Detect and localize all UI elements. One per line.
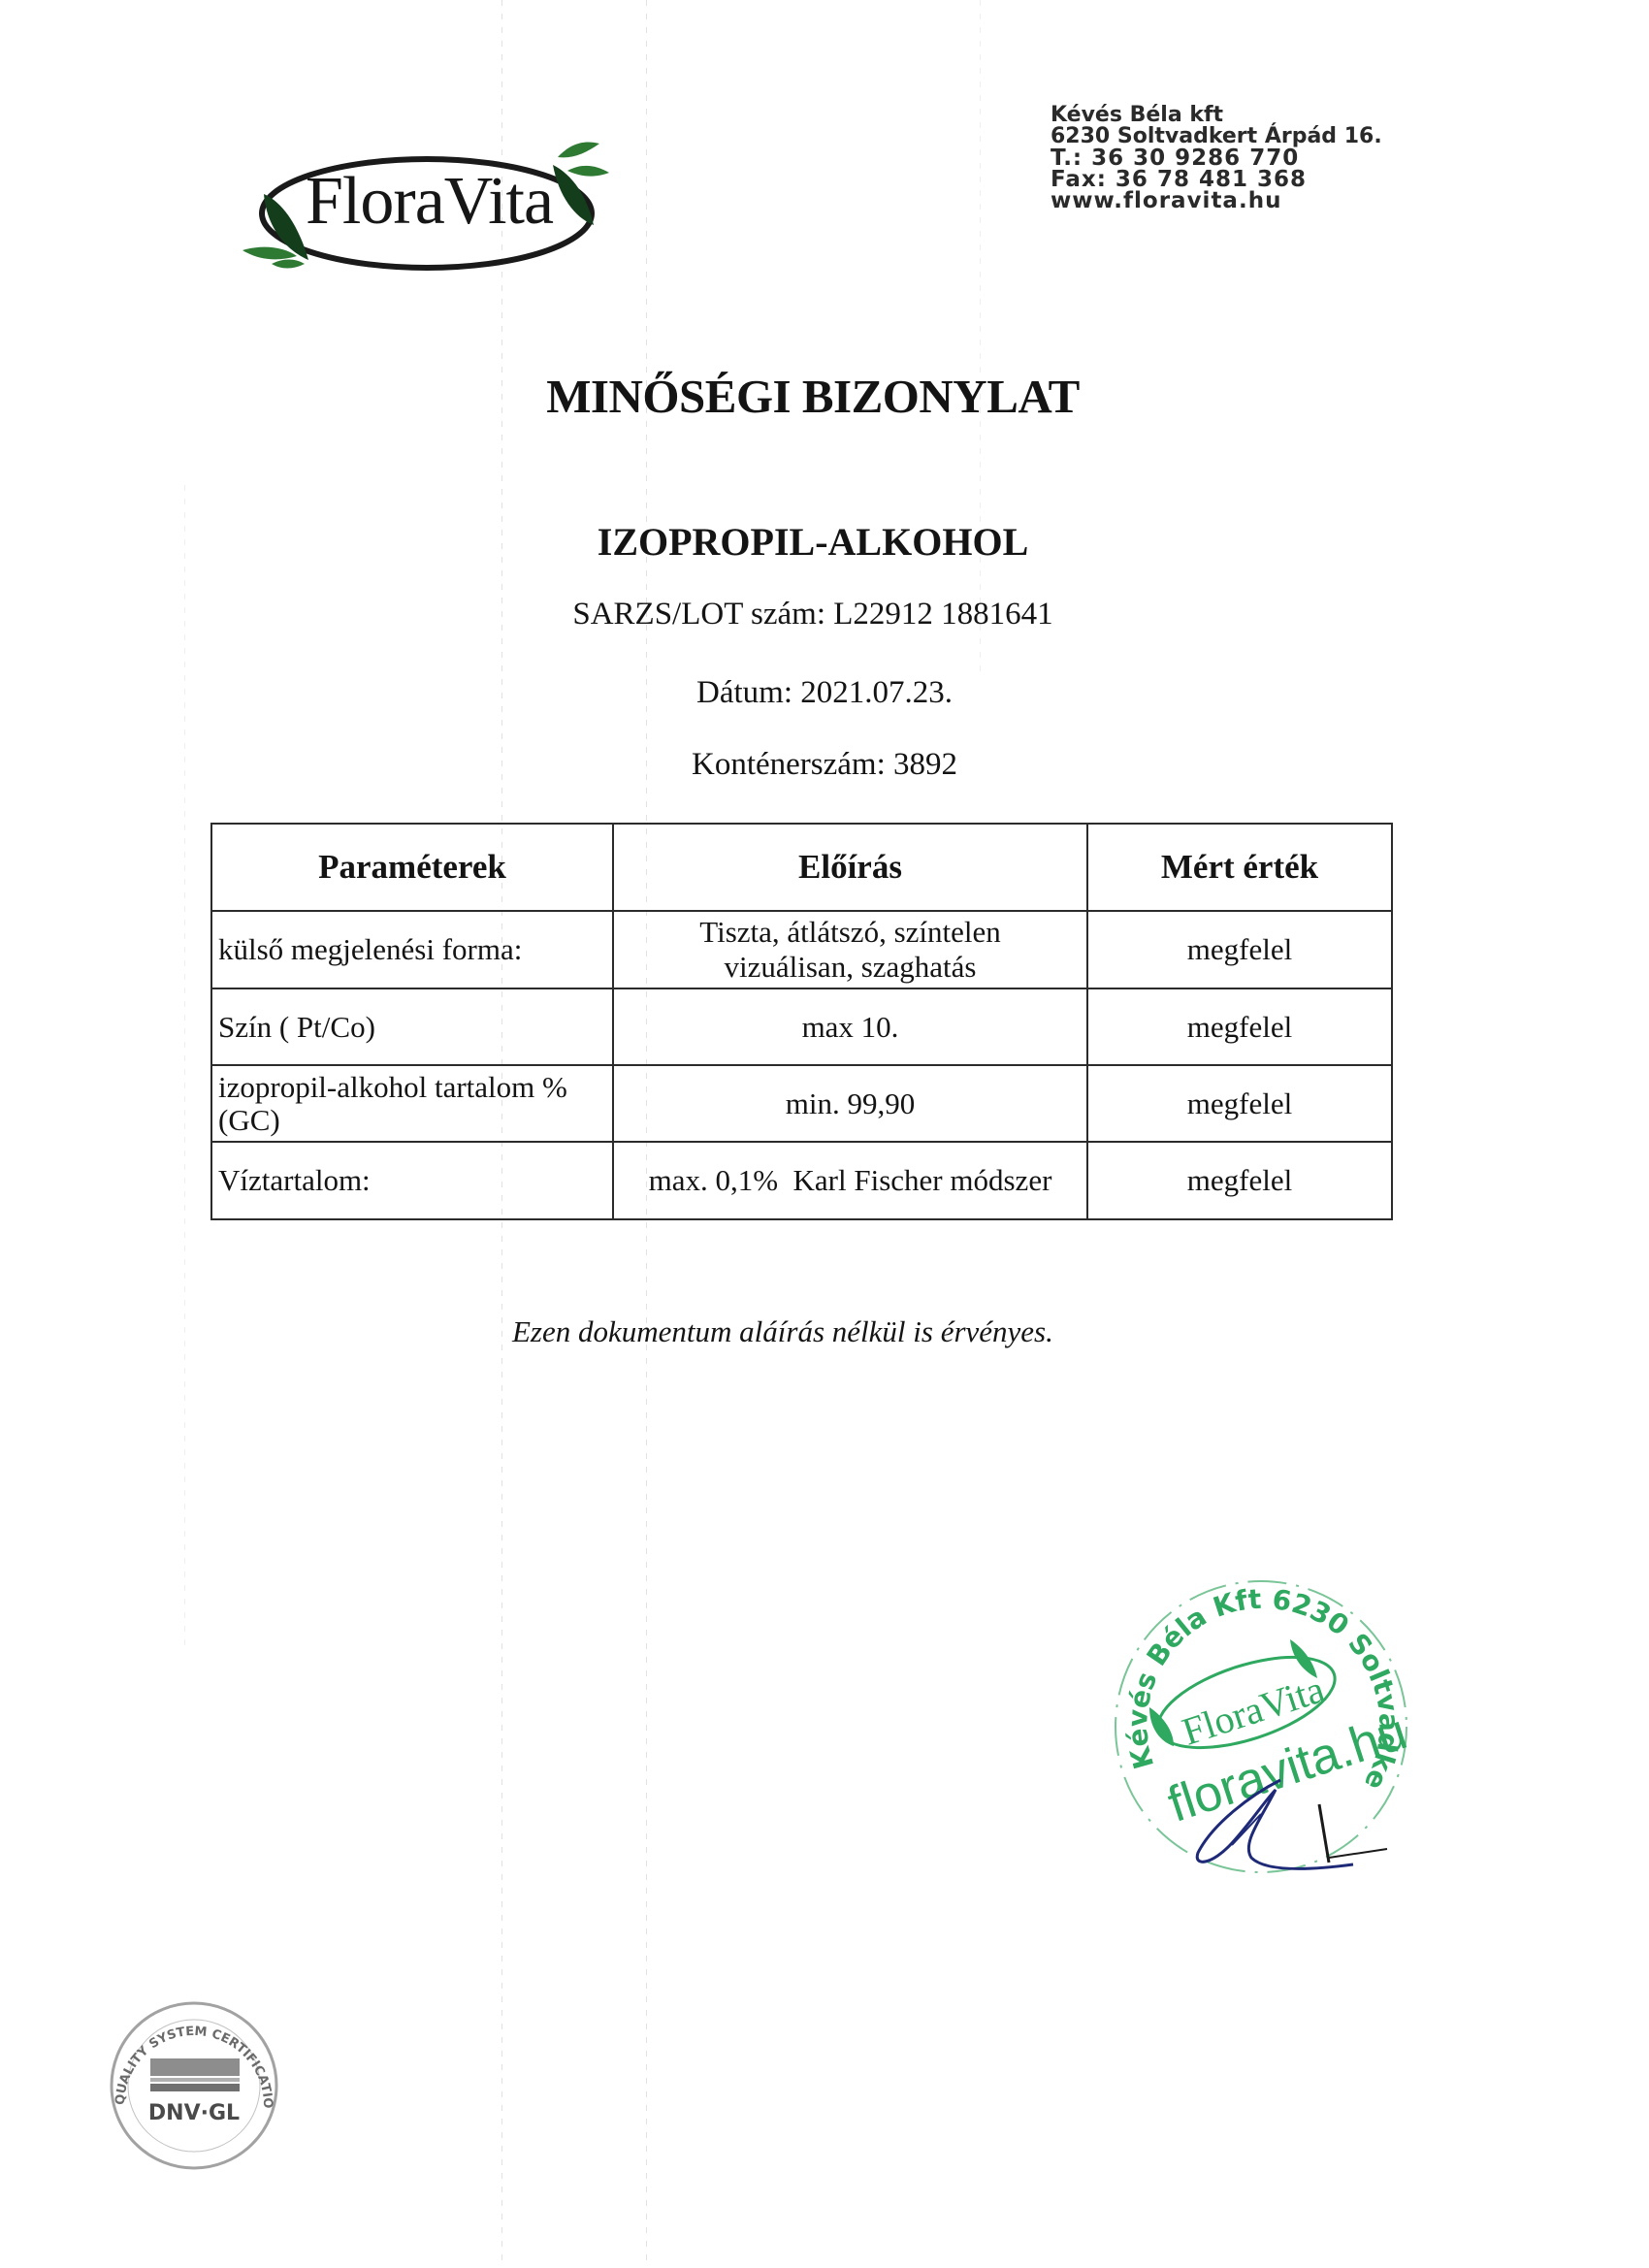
company-stamp: Kévés Béla Kft 6230 Soltvadkert, Árpád u… [1096,1562,1416,1892]
cell-specification: max. 0,1% Karl Fischer módszer [613,1142,1087,1219]
cell-specification: Tiszta, átlátszó, színtelen vizuálisan, … [613,911,1087,988]
cell-specification: max 10. [613,988,1087,1065]
table-header-row: Paraméterek Előírás Mért érték [211,824,1392,911]
parameter-line: izopropil-alkohol tartalom % [218,1071,606,1104]
cell-specification: min. 99,90 [613,1065,1087,1142]
cell-parameter: külső megjelenési forma: [211,911,613,988]
scan-streak [980,0,981,679]
certification-seal-icon: QUALITY SYSTEM CERTIFICATION DNV·GL [97,1989,291,2173]
spec-line: vizuálisan, szaghatás [620,950,1081,985]
cell-result: megfelel [1087,1065,1392,1142]
container-number: Konténerszám: 3892 [0,747,1649,783]
logo-text: FloraVita [306,163,553,241]
stamp-icon: Kévés Béla Kft 6230 Soltvadkert, Árpád u… [1096,1562,1416,1892]
table-row: izopropil-alkohol tartalom % (GC) min. 9… [211,1065,1392,1142]
specification-table: Paraméterek Előírás Mért érték külső meg… [210,823,1393,1220]
cell-result: megfelel [1087,988,1392,1065]
company-fax: Fax: 36 78 481 368 [1051,169,1382,190]
lot-number: SARZS/LOT szám: L22912 1881641 [0,597,1637,632]
cell-parameter: izopropil-alkohol tartalom % (GC) [211,1065,613,1142]
table-row: Szín ( Pt/Co) max 10. megfelel [211,988,1392,1065]
company-phone: T.: 36 30 9286 770 [1051,147,1382,169]
header-measured-value: Mért érték [1087,824,1392,911]
company-name: Kévés Béla kft [1051,105,1382,126]
product-name: IZOPROPIL-ALKOHOL [0,519,1637,565]
dnv-label: DNV·GL [148,2101,240,2125]
spec-line: Tiszta, átlátszó, színtelen [620,915,1081,950]
cell-result: megfelel [1087,911,1392,988]
document-date: Dátum: 2021.07.23. [0,675,1649,711]
cell-parameter: Víztartalom: [211,1142,613,1219]
cell-result: megfelel [1087,1142,1392,1219]
header-parameters: Paraméterek [211,824,613,911]
cell-parameter: Szín ( Pt/Co) [211,988,613,1065]
company-website: www.floravita.hu [1051,190,1382,211]
document-title: MINŐSÉGI BIZONYLAT [0,369,1637,424]
validity-note: Ezen dokumentum aláírás nélkül is érvény… [512,1314,1053,1349]
floravita-logo: FloraVita [233,136,611,281]
document-page: FloraVita Kévés Béla kft 6230 Soltvadker… [0,0,1649,2268]
dnv-gl-certification-mark: QUALITY SYSTEM CERTIFICATION DNV·GL [97,1989,291,2173]
parameter-line: (GC) [218,1104,606,1137]
header-specification: Előírás [613,824,1087,911]
table-row: Víztartalom: max. 0,1% Karl Fischer móds… [211,1142,1392,1219]
table-row: külső megjelenési forma: Tiszta, átlátsz… [211,911,1392,988]
company-address: 6230 Soltvadkert Árpád 16. [1051,126,1382,147]
scan-streak [184,485,185,1649]
company-info: Kévés Béla kft 6230 Soltvadkert Árpád 16… [1051,105,1382,211]
